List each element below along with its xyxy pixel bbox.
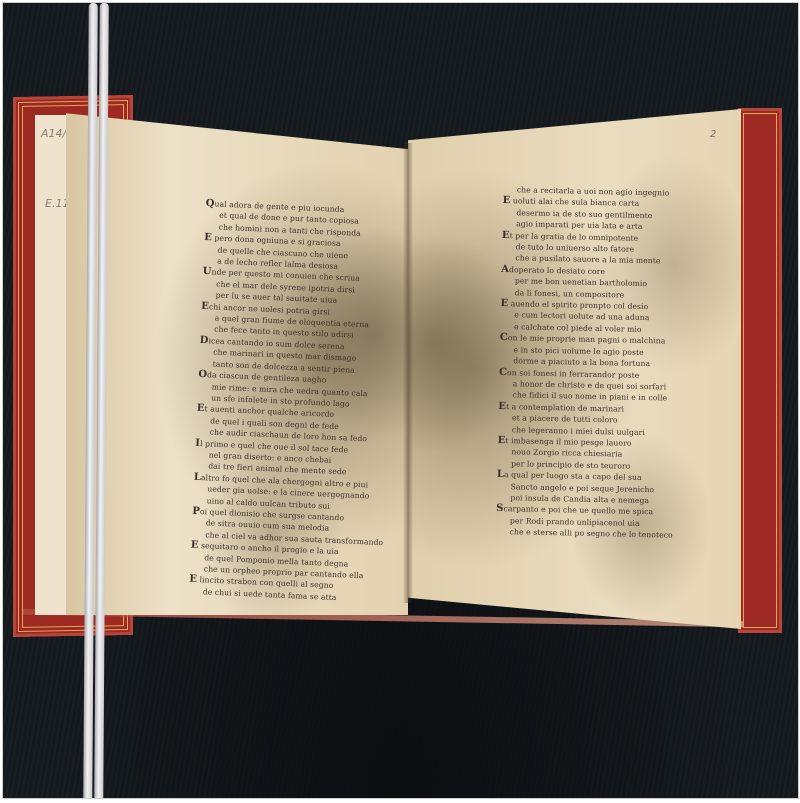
left-page: Qual adora de gente e piu iocundaet qual… xyxy=(66,103,408,615)
book-photograph: A14/- E.11 Qual adora de gente e piu ioc… xyxy=(2,2,799,799)
flyleaf-note-middle: E.11 xyxy=(45,197,69,210)
flyleaf-note-top: A14/- xyxy=(41,127,70,140)
right-red-binding-cover xyxy=(738,108,782,633)
left-page-text-block: Qual adora de gente e piu iocundaet qual… xyxy=(189,198,398,605)
book-gutter xyxy=(403,143,413,603)
page-number: 2 xyxy=(710,129,716,140)
right-page: 2 che a recitarla a uoi non agio ingegni… xyxy=(408,109,741,629)
right-page-text-block: che a recitarla a uoi non agio ingegnioE… xyxy=(496,184,680,541)
text-line: che e sterse alli po segno che lo tenote… xyxy=(496,526,673,541)
